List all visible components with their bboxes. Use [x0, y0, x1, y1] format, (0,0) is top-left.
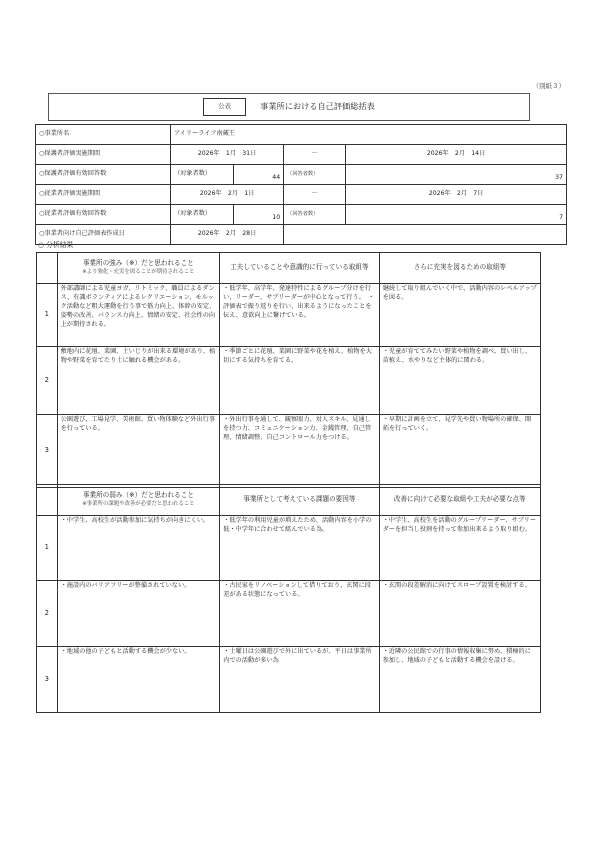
- table-row: 1 外部講師による児童ヨガ、リトミック、職員によるダンス、有識ボランティアによる…: [37, 284, 541, 347]
- weaknesses-header-note: ※事業所の課題や改善が必要だと思われること: [61, 501, 217, 509]
- strengths-table: 事業所の強み（※）だと思われること ※より強化・充実を図ることが期待されること …: [36, 252, 541, 488]
- guardian-target-count: 44: [234, 165, 284, 185]
- weaknesses-header: 事業所の弱み（※）だと思われること ※事業所の課題や改善が必要だと思われること: [57, 485, 220, 516]
- index-header: [37, 253, 58, 284]
- guardian-responses-row: ○保護者評価有効回答数 （対象者数） 44 （回答者数） 37: [36, 165, 567, 185]
- weakness-cell: ・地域の他の子どもと活動する機会が少ない。: [57, 647, 220, 713]
- facility-name-label: ○事業所名: [36, 125, 171, 145]
- guardian-answer-label: （回答者数）: [284, 165, 346, 185]
- staff-period-end: 2026年 2月 7日: [346, 185, 567, 205]
- facility-info-table: ○事業所名 アイリーライフ南蔵王 ○保護者評価実施期間 2026年 1月 31日…: [35, 124, 567, 245]
- row-number: 2: [37, 347, 58, 415]
- staff-period-separator: ～: [284, 185, 346, 205]
- row-number: 1: [37, 284, 58, 347]
- strength-cell: 外部講師による児童ヨガ、リトミック、職員によるダンス、有識ボランティアによるレク…: [57, 284, 219, 347]
- guardian-target-label: （対象者数）: [171, 165, 234, 185]
- improve-cell: ・早期に計画を立て、見学先や買い物場所の確保、開拓を行っていく。: [379, 415, 540, 488]
- effort-cell: ・低学年、高学年、発達特性によるグループ分けを行い、リーダー、サブリーダーが中心…: [220, 284, 380, 347]
- strengths-header: 事業所の強み（※）だと思われること ※より強化・充実を図ることが期待されること: [57, 253, 219, 284]
- facility-name-value: アイリーライフ南蔵王: [171, 125, 567, 145]
- table-row: 3 ・地域の他の子どもと活動する機会が少ない。 ・土曜日は公園遊びで外に出ている…: [37, 647, 541, 713]
- further-improve-header: さらに充実を図るための取組等: [379, 253, 540, 284]
- strengths-header-title: 事業所の強み（※）だと思われること: [83, 259, 194, 267]
- staff-target-count: 10: [234, 205, 284, 225]
- weaknesses-header-title: 事業所の弱み（※）だと思われること: [83, 491, 194, 499]
- guardian-period-start: 2026年 1月 31日: [171, 145, 284, 165]
- weakness-cell: ・施設内のバリアフリーが整備されていない。: [57, 581, 220, 647]
- staff-period-start: 2026年 2月 1日: [171, 185, 284, 205]
- guardian-responses-label: ○保護者評価有効回答数: [36, 165, 171, 185]
- effort-cell: ・季節ごとに花壇、菜園に野菜や花を植え、植物を大切にする気持ちを育てる。: [220, 347, 380, 415]
- cause-cell: ・古民家をリノベーションして借りており、玄関に段差がある状態になっている。: [220, 581, 379, 647]
- attachment-note: （別紙３）: [533, 82, 566, 91]
- staff-responses-row: ○従業者評価有効回答数 （対象者数） 10 （回答者数） 7: [36, 205, 567, 225]
- staff-answer-count: 7: [346, 205, 567, 225]
- guardian-period-row: ○保護者評価実施期間 2026年 1月 31日 ～ 2026年 2月 14日: [36, 145, 567, 165]
- weakness-cell: ・中学生、高校生が活動参加に気持ちが向きにくい。: [57, 516, 220, 581]
- cause-cell: ・低学年の利用児童が増えたため、活動内容を小学の低・中学年に合わせて組んでいる為…: [220, 516, 379, 581]
- table-row: 2 敷地内に花壇、菜園、土いじりが出来る環境があり、植物や野菜を育てたり土に触れ…: [37, 347, 541, 415]
- row-number: 1: [37, 516, 58, 581]
- guardian-period-separator: ～: [284, 145, 346, 165]
- staff-period-row: ○従業者評価実施期間 2026年 2月 1日 ～ 2026年 2月 7日: [36, 185, 567, 205]
- needed-actions-header: 改善に向けて必要な取組や工夫が必要な点等: [379, 485, 540, 516]
- created-date-blank: [284, 225, 567, 245]
- created-date-value: 2026年 2月 28日: [171, 225, 284, 245]
- staff-answer-label: （回答者数）: [284, 205, 346, 225]
- improve-cell: ・児童が育ててみたい野菜や植物を調べ、買い出し、苗植え、水やりなど主体的に関わる…: [379, 347, 540, 415]
- public-tag: 公表: [203, 98, 246, 115]
- row-number: 3: [37, 415, 58, 488]
- effort-cell: ・外出行事を通して、観察眼力、対人スキル、見通しを持つ力、コミュニケーション力、…: [220, 415, 380, 488]
- cause-cell: ・土曜日は公園遊びで外に出ているが、平日は事業所内での活動が多い為: [220, 647, 379, 713]
- guardian-answer-count: 37: [346, 165, 567, 185]
- table-row: 3 公園遊び、工場見学、美術館、買い物体験など外出行事を行っている。 ・外出行事…: [37, 415, 541, 488]
- staff-target-label: （対象者数）: [171, 205, 234, 225]
- weaknesses-table: 事業所の弱み（※）だと思われること ※事業所の課題や改善が必要だと思われること …: [36, 484, 541, 713]
- guardian-period-label: ○保護者評価実施期間: [36, 145, 171, 165]
- document-title-box: 公表 事業所における自己評価総括表: [48, 93, 530, 121]
- causes-header: 事業所として考えている課題の要因等: [220, 485, 379, 516]
- table-row: 2 ・施設内のバリアフリーが整備されていない。 ・古民家をリノベーションして借り…: [37, 581, 541, 647]
- improve-cell: ・中学生、高校生を活動のグループリーダー、サブリーダーを担当し役割を持って参加出…: [379, 516, 540, 581]
- facility-name-row: ○事業所名 アイリーライフ南蔵王: [36, 125, 567, 145]
- guardian-period-end: 2026年 2月 14日: [346, 145, 567, 165]
- analysis-section-label: ○ 分析結果: [38, 241, 73, 251]
- strengths-header-row: 事業所の強み（※）だと思われること ※より強化・充実を図ることが期待されること …: [37, 253, 541, 284]
- weaknesses-header-row: 事業所の弱み（※）だと思われること ※事業所の課題や改善が必要だと思われること …: [37, 485, 541, 516]
- table-row: 1 ・中学生、高校生が活動参加に気持ちが向きにくい。 ・低学年の利用児童が増えた…: [37, 516, 541, 581]
- document-title: 事業所における自己評価総括表: [260, 101, 375, 113]
- improve-cell: ・玄関の段差解消に向けてスロープ設置を検討する。: [379, 581, 540, 647]
- row-number: 3: [37, 647, 58, 713]
- row-number: 2: [37, 581, 58, 647]
- index-header: [37, 485, 58, 516]
- improve-cell: 継続して取り組んでいく中で、活動内容のレベルアップを図る。: [379, 284, 540, 347]
- efforts-header: 工夫していることや意識的に行っている取組等: [220, 253, 380, 284]
- staff-period-label: ○従業者評価実施期間: [36, 185, 171, 205]
- strength-cell: 敷地内に花壇、菜園、土いじりが出来る環境があり、植物や野菜を育てたり土に触れる機…: [57, 347, 219, 415]
- created-date-row: ○事業者向け自己評価表作成日 2026年 2月 28日: [36, 225, 567, 245]
- strengths-header-note: ※より強化・充実を図ることが期待されること: [61, 269, 216, 277]
- improve-cell: ・近隣の公民館での行事の情報収集に努め、積極的に参加し、地域の子どもと活動する機…: [379, 647, 540, 713]
- staff-responses-label: ○従業者評価有効回答数: [36, 205, 171, 225]
- strength-cell: 公園遊び、工場見学、美術館、買い物体験など外出行事を行っている。: [57, 415, 219, 488]
